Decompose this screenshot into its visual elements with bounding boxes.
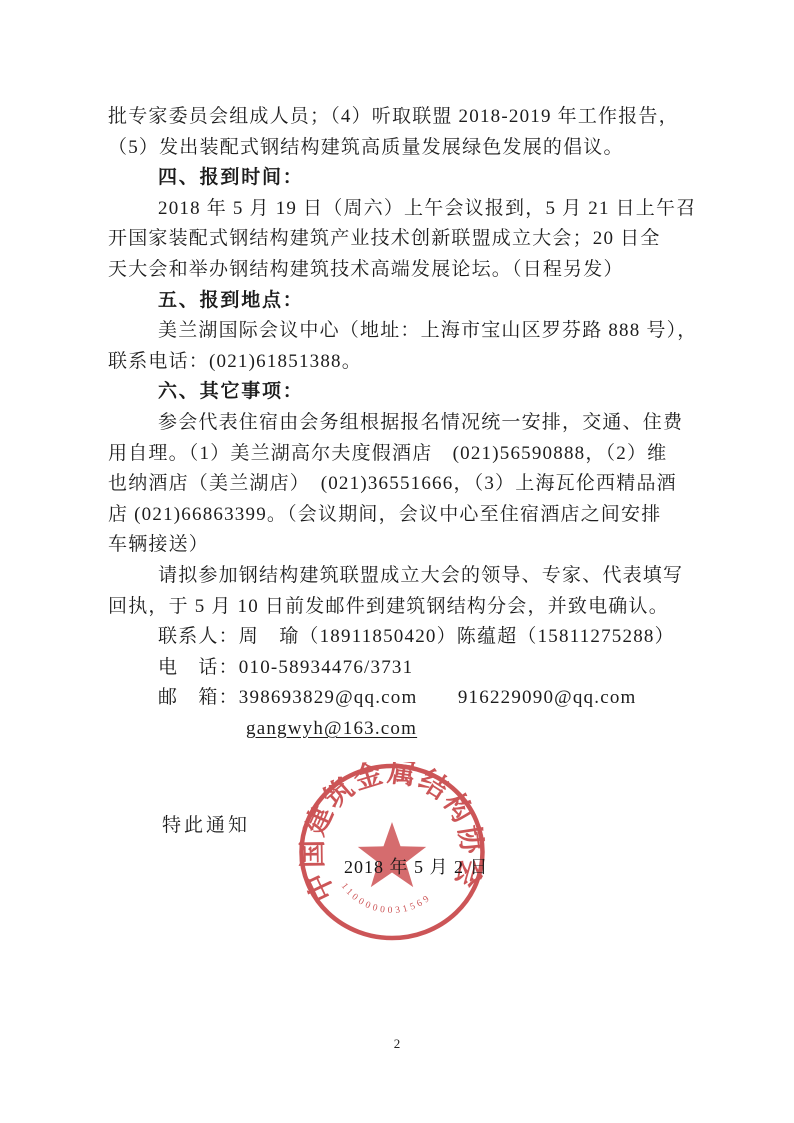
scanned-notice-page: { "page": { "number": "2" }, "document":… — [0, 0, 794, 1123]
section-heading-4: 四、报到时间： — [108, 163, 728, 194]
document-line: （5）发出装配式钢结构建筑高质量发展绿色发展的倡议。 — [108, 133, 728, 164]
official-seal-stamp: 中国建筑金属结构协会 1100000031569 — [297, 762, 487, 942]
document-line: 回执，于 5 月 10 日前发邮件到建筑钢结构分会，并致电确认。 — [108, 592, 728, 623]
contact-phone-line: 电 话：010-58934476/3731 — [108, 653, 728, 684]
page-number: 2 — [0, 1036, 794, 1052]
document-line: 用自理。（1）美兰湖高尔夫度假酒店 (021)56590888，（2）维 — [108, 439, 728, 470]
document-sheet: 批专家委员会组成人员；（4）听取联盟 2018-2019 年工作报告， （5）发… — [0, 0, 794, 1123]
section-heading-5: 五、报到地点： — [108, 286, 728, 317]
contact-email-line: 邮 箱：398693829@qq.com 916229090@qq.com — [108, 683, 728, 714]
document-line: 参会代表住宿由会务组根据报名情况统一安排，交通、住费 — [108, 408, 728, 439]
document-line: 请拟参加钢结构建筑联盟成立大会的领导、专家、代表填写 — [108, 561, 728, 592]
document-line: 也纳酒店（美兰湖店） (021)36551666，（3）上海瓦伦西精品酒 — [108, 469, 728, 500]
closing-phrase: 特此通知 — [162, 810, 250, 837]
document-line: 开国家装配式钢结构建筑产业技术创新联盟成立大会；20 日全 — [108, 224, 728, 255]
document-body: 批专家委员会组成人员；（4）听取联盟 2018-2019 年工作报告， （5）发… — [108, 102, 728, 744]
document-line: 天大会和举办钢结构建筑技术高端发展论坛。（日程另发） — [108, 255, 728, 286]
contact-person-line: 联系人：周 瑜（18911850420）陈蕴超（15811275288） — [108, 622, 728, 653]
document-line: 美兰湖国际会议中心（地址：上海市宝山区罗芬路 888 号）， — [108, 316, 728, 347]
section-heading-6: 六、其它事项： — [108, 377, 728, 408]
document-line: 车辆接送） — [108, 530, 728, 561]
document-date: 2018 年 5 月 2 日 — [344, 853, 489, 879]
document-line: 联系电话：(021)61851388。 — [108, 347, 728, 378]
document-line: 2018 年 5 月 19 日（周六）上午会议报到，5 月 21 日上午召 — [108, 194, 728, 225]
document-line: 批专家委员会组成人员；（4）听取联盟 2018-2019 年工作报告， — [108, 102, 728, 133]
seal-registration-number: 1100000031569 — [339, 882, 434, 916]
contact-email-underlined: gangwyh@163.com — [108, 714, 728, 745]
document-line: 店 (021)66863399。（会议期间，会议中心至住宿酒店之间安排 — [108, 500, 728, 531]
